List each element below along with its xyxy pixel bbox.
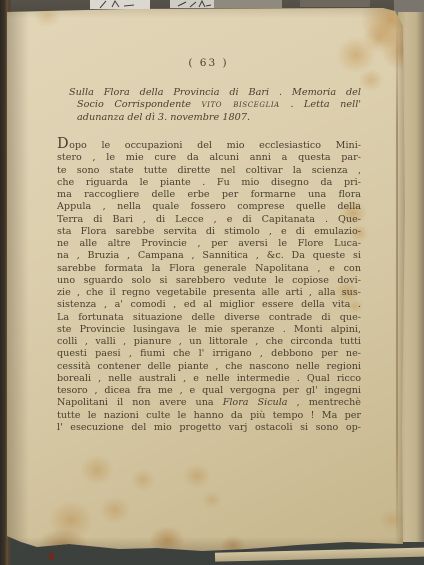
text-line: La fortunata situazione delle diverse co… (57, 312, 361, 324)
text-line: Appula , nella quale fossero comprese qu… (57, 201, 361, 213)
text-line: Terra di Bari , di Lecce , e di Capitana… (57, 214, 361, 226)
text-line: Napolitani il non avere una Flora Sicula… (57, 397, 361, 409)
text-line: na , Bruzia , Campana , Sannitica , &c. … (57, 250, 361, 262)
text-line: boreali , nelle australi , e nelle inter… (57, 373, 361, 385)
body-paragraph: Dopo le occupazioni del mio ecclesiastic… (57, 140, 361, 434)
heading-line: Socio Corrispondente vito bisceglia . Le… (69, 99, 361, 111)
text-segment: Napolitani il non avere una (57, 397, 223, 408)
text-line: colli , valli , pianure , un littorale ,… (57, 336, 361, 348)
text-line: sistenza , a' comodi , ed al miglior ess… (57, 299, 361, 311)
heading-text: . Letta nell' (280, 99, 361, 110)
book-page: ( 63 ) Sulla Flora della Provincia di Ba… (7, 8, 406, 553)
text-line: stero , le mie cure da alcuni anni a que… (57, 152, 361, 164)
text-line-rest: opo le occupazioni del mio ecclesiastico… (69, 140, 361, 151)
heading-line: adunanza del dì 3. novembre 1807. (69, 112, 361, 124)
text-line: questi paesi , fiumi che l' irrigano , d… (57, 348, 361, 360)
page-crease (396, 22, 398, 543)
drop-cap: D (57, 136, 69, 152)
binding-thread-mark (49, 553, 54, 560)
page-number: ( 63 ) (57, 57, 360, 69)
text-line: sarebbe formata la Flora generale Napoli… (57, 263, 361, 275)
author-name: vito bisceglia (201, 99, 279, 110)
text-line: cessità contener delle piante , che nasc… (57, 361, 361, 373)
heading-text: Socio Corrispondente (77, 99, 201, 110)
text-line: tutte le nazioni culte le hanno da più t… (57, 410, 361, 422)
underlying-page-sliver (215, 547, 424, 561)
text-line: l' esecuzione del mio progetto varj osta… (57, 422, 361, 434)
text-line: te sono state tutte dirette nel coltivar… (57, 165, 361, 177)
text-line: sta Flora sarebbe servita di stimolo , e… (57, 226, 361, 238)
text-line: uno sguardo solo si sarebbero vedute le … (57, 275, 361, 287)
text-line: che riguarda le piante . Fu mio disegno … (57, 177, 361, 189)
text-line: Dopo le occupazioni del mio ecclesiastic… (57, 140, 361, 152)
italic-title: Flora Sicula (223, 397, 288, 408)
article-heading: Sulla Flora della Provincia di Bari . Me… (69, 87, 361, 124)
text-segment: , mentrechè (288, 397, 361, 408)
text-line: zie , che il regno vegetabile presenta a… (57, 287, 361, 299)
scanned-book-photo: ( 63 ) Sulla Flora della Provincia di Ba… (0, 0, 424, 565)
text-line: ma raccogliere delle erbe per formarne u… (57, 189, 361, 201)
heading-line: Sulla Flora della Provincia di Bari . Me… (69, 87, 361, 99)
text-line: ne alle altre Provincie , per aversi le … (57, 238, 361, 250)
text-line: ste Provincie lusingava le mie speranze … (57, 324, 361, 336)
text-line: tesoro , dicea fra me , e qual vergogna … (57, 385, 361, 397)
